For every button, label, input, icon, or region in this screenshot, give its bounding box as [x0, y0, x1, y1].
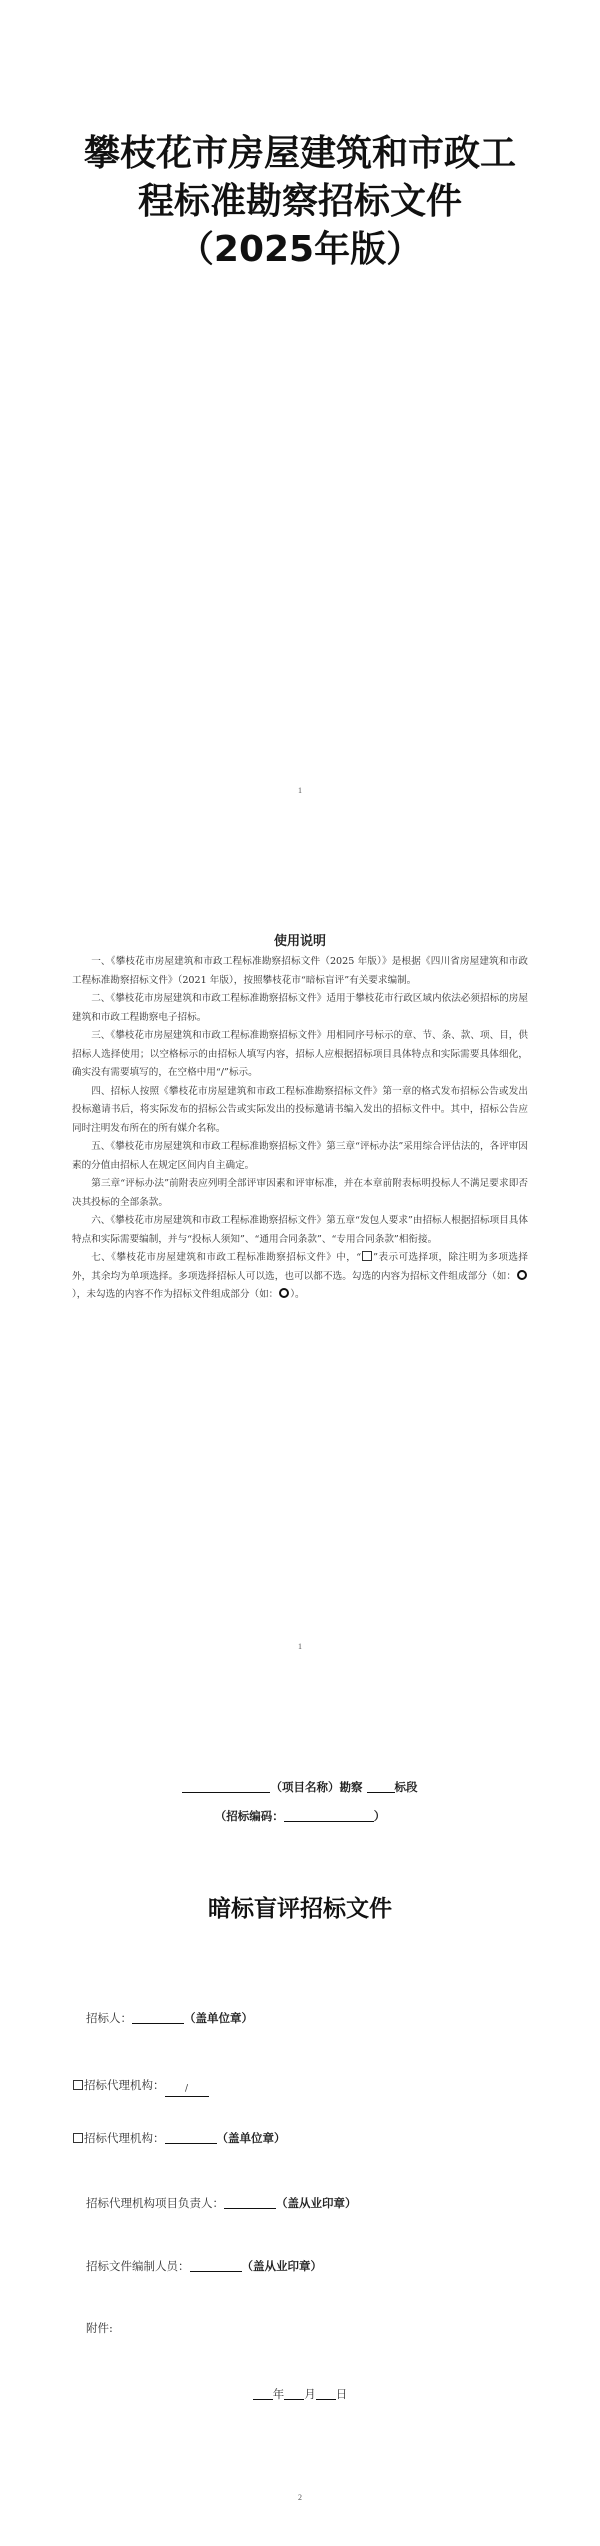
- radio-unselected-icon: [279, 1288, 289, 1298]
- year-label: 年: [273, 2387, 285, 2401]
- day-blank[interactable]: [316, 2387, 336, 2400]
- agency-blank[interactable]: /: [165, 2084, 209, 2097]
- cover-title-line-2: 程标准勘察招标文件: [0, 178, 600, 226]
- month-label: 月: [304, 2387, 316, 2401]
- para7-text-4: ）。: [290, 1289, 304, 1300]
- tenderer-label: 招标人：: [86, 2011, 132, 2025]
- agency-field-1: 招标代理机构：/: [72, 2077, 209, 2097]
- agency-label: 招标代理机构：: [84, 2131, 165, 2145]
- agency-blank[interactable]: [165, 2131, 217, 2144]
- instructions-title: 使用说明: [0, 930, 600, 949]
- instruction-paragraph: 六、《攀枝花市房屋建筑和市政工程标准勘察招标文件》第五章“发包人要求”由招标人根…: [72, 1212, 528, 1249]
- instruction-paragraph: 二、《攀枝花市房屋建筑和市政工程标准勘察招标文件》适用于攀枝花市行政区域内依法必…: [72, 990, 528, 1027]
- page-number: 1: [0, 1642, 600, 1651]
- project-name-blank[interactable]: [182, 1780, 270, 1793]
- instructions-body: 一、《攀枝花市房屋建筑和市政工程标准勘察招标文件（2025 年版）》是根据《四川…: [72, 953, 528, 1305]
- checkbox-icon[interactable]: [73, 2080, 83, 2090]
- month-blank[interactable]: [284, 2387, 304, 2400]
- date-line: 年月日: [0, 2386, 600, 2402]
- instruction-paragraph-7: 七、《攀枝花市房屋建筑和市政工程标准勘察招标文件》中，“”表示可选择项，除注明为…: [72, 1249, 528, 1305]
- agency-pm-blank[interactable]: [224, 2196, 276, 2209]
- checkbox-icon: [362, 1251, 372, 1261]
- instruction-paragraph: 五、《攀枝花市房屋建筑和市政工程标准勘察招标文件》第三章“评标办法”采用综合评估…: [72, 1138, 528, 1175]
- attachment-label: 附件:: [86, 2320, 113, 2336]
- agency-seal: （盖单位章）: [217, 2131, 286, 2145]
- compiler-seal: （盖从业印章）: [242, 2259, 323, 2273]
- compiler-label: 招标文件编制人员：: [86, 2259, 190, 2273]
- tender-code-line: （招标编码：）: [0, 1808, 600, 1824]
- compiler-blank[interactable]: [190, 2259, 242, 2272]
- day-label: 日: [336, 2387, 348, 2401]
- tender-code-suffix: ）: [374, 1809, 386, 1823]
- project-name-suffix: （项目名称）勘察: [270, 1780, 362, 1794]
- para7-text-3: ），未勾选的内容不作为招标文件组成部分（如：: [72, 1289, 278, 1300]
- agency-pm-field: 招标代理机构项目负责人：（盖从业印章）: [86, 2195, 357, 2211]
- cover-title: 攀枝花市房屋建筑和市政工 程标准勘察招标文件 （2025年版）: [0, 130, 600, 274]
- tenderer-blank[interactable]: [132, 2011, 184, 2024]
- agency-field-2: 招标代理机构：（盖单位章）: [72, 2130, 286, 2146]
- cover-title-line-3: （2025年版）: [0, 226, 600, 274]
- instruction-paragraph: 三、《攀枝花市房屋建筑和市政工程标准勘察招标文件》用相同序号标示的章、节、条、款…: [72, 1027, 528, 1083]
- tender-code-label: （招标编码：: [215, 1809, 284, 1823]
- agency-pm-label: 招标代理机构项目负责人：: [86, 2196, 224, 2210]
- compiler-field: 招标文件编制人员：（盖从业印章）: [86, 2258, 322, 2274]
- tender-code-blank[interactable]: [284, 1809, 374, 1822]
- page-number: 1: [0, 786, 600, 795]
- section-suffix: 标段: [395, 1780, 418, 1794]
- tenderer-seal: （盖单位章）: [184, 2011, 253, 2025]
- radio-selected-icon: [517, 1270, 527, 1280]
- section-blank[interactable]: [367, 1780, 395, 1793]
- checkbox-icon[interactable]: [73, 2133, 83, 2143]
- page-number: 2: [0, 2493, 600, 2502]
- project-name-line: （项目名称）勘察 标段: [0, 1779, 600, 1795]
- agency-pm-seal: （盖从业印章）: [276, 2196, 357, 2210]
- instruction-paragraph: 第三章“评标办法”前附表应列明全部评审因素和评审标准，并在本章前附表标明投标人不…: [72, 1175, 528, 1212]
- agency-label: 招标代理机构：: [84, 2078, 165, 2092]
- para7-text-1: 七、《攀枝花市房屋建筑和市政工程标准勘察招标文件》中，“: [91, 1252, 361, 1263]
- tenderer-field: 招标人：（盖单位章）: [86, 2010, 253, 2026]
- bid-document-title: 暗标盲评招标文件: [0, 1890, 600, 1923]
- cover-title-line-1: 攀枝花市房屋建筑和市政工: [0, 130, 600, 178]
- instruction-paragraph: 一、《攀枝花市房屋建筑和市政工程标准勘察招标文件（2025 年版）》是根据《四川…: [72, 953, 528, 990]
- instruction-paragraph: 四、招标人按照《攀枝花市房屋建筑和市政工程标准勘察招标文件》第一章的格式发布招标…: [72, 1083, 528, 1139]
- year-blank[interactable]: [253, 2387, 273, 2400]
